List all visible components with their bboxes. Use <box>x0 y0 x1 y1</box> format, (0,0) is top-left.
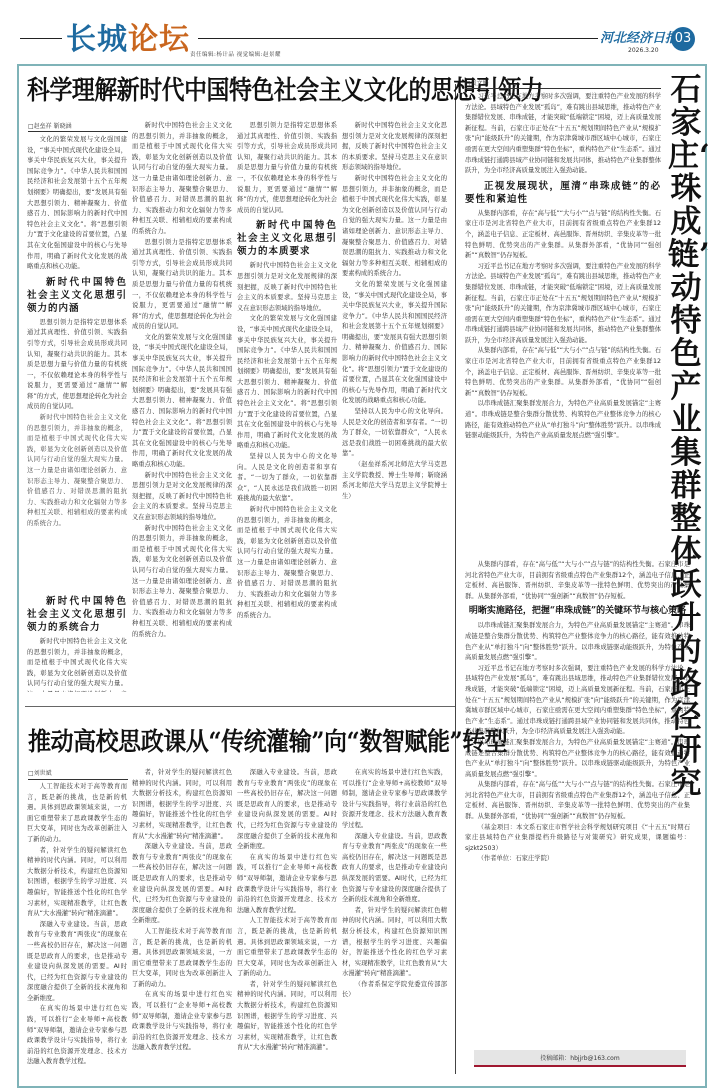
article2-col2-text-d: 在真实的场景中进行红色实践，可以推行“企业导师+高校教师”双导师制，邀请企业专家… <box>132 990 232 1054</box>
article1-col2-text: 新时代中国特色社会主义文化的思想引领力，并非抽象的概念，而是植根于中国式现代化伟… <box>132 121 232 238</box>
article3-lead: 习近平总书记在地方考察时多次强调，要注重特色产业发展的科学方法论。县域特色产业发… <box>465 92 661 177</box>
article1-col4-text-d: 坚持以人民为中心的文化导向。人民是文化的创造者和享有者。“一切为了群众，一切依靠… <box>342 407 447 460</box>
article2-column-1: 人工智能技术对于高等教育而言，既是新的挑战，也是新的机遇。具体到思政课领域来说，… <box>27 782 127 1074</box>
article3-section1-text-e: 从集群内部看，存在“高与低”“大与小”“点与链”的结构性失衡。石家庄市是河北省特… <box>465 560 690 602</box>
article3-section2-text-d: 从集群内部看，存在“高与低”“大与小”“点与链”的结构性失衡。石家庄市是河北省特… <box>465 780 690 822</box>
article2-col4-text-b: 深融入专业建设。当前，思政教育与专业教育“两张皮”的现象在一些高校仍旧存在，解决… <box>342 832 447 906</box>
article1-author-note: （赵垒祥系河北师范大学马克思主义学院教授、博士生导师；靳晓涵系河北师范大学马克思… <box>342 460 447 502</box>
article1-col4-text: 新时代中国特色社会主义文化思想引领力是对文化发展规律的深刻把握，反映了新时代中国… <box>342 121 447 174</box>
article1-column-1b: 新时代中国特色社会主义文化思想引领力的系统合力 新时代中国特色社会主义文化的思想… <box>27 592 127 692</box>
section-title-part1: 长城 <box>66 22 128 57</box>
article1-column-4: 新时代中国特色社会主义文化思想引领力是对文化发展规律的深刻把握，反映了新时代中国… <box>342 121 447 693</box>
article3-column-bottom: 从集群内部看，存在“高与低”“大与小”“点与链”的结构性失衡。石家庄市是河北省特… <box>465 560 690 1050</box>
article3-section1-text-d: 以串珠成链汇聚集群发展合力，为特色产业高质量发展锚定“主赛道”。串珠成链是整合集… <box>465 399 661 441</box>
article2-author-note: （作者系保定学院党委宣传部部长） <box>342 980 447 1001</box>
article3-section2-text-b: 习近平总书记在地方考察时多次强调，要注重特色产业发展的科学方法论。县域特色产业发… <box>465 664 690 738</box>
article1-section1-text: 思想引领力是指特定思想体系通过其真理性、价值引领、实践指引等方式，引导社会成员形… <box>27 318 127 413</box>
page-number-badge: 03 <box>671 27 695 51</box>
article1-section1-text-cont: 新时代中国特色社会主义文化的思想引领力，并非抽象的概念，而是植根于中国式现代化伟… <box>27 413 127 530</box>
masthead-rule-right <box>198 38 598 39</box>
article1-section2-text: 新时代中国特色社会主义文化思想引领力是对文化发展规律的深刻把握，反映了新时代中国… <box>237 261 337 314</box>
article1-lead: 文化的繁荣发展与文化强国建设，“事关中国式现代化建设全局，事关中华民族复兴大业，… <box>27 135 127 273</box>
editors-credit: 责任编辑:杨计品 视觉编辑:赵景耀 <box>190 50 281 58</box>
article1-col4-text-b: 新时代中国特色社会主义文化的思想引领力，并非抽象的概念，而是植根于中国式现代化伟… <box>342 174 447 280</box>
article1-section3-text: 新时代中国特色社会主义文化的思想引领力，并非抽象的概念，而是植根于中国式现代化伟… <box>27 637 127 692</box>
article3-section2-text: 以串珠成链汇聚集群发展合力，为特色产业高质量发展锚定“主赛道”。串珠成链是整合集… <box>465 621 690 663</box>
article2-byline: □刘世斌 <box>28 768 52 777</box>
article1-section1-title: 新时代中国特色社会主义文化思想引领力的内涵 <box>27 276 127 315</box>
article2-column-3: 深融入专业建设。当前，思政教育与专业教育“两张皮”的现象在一些高校仍旧存在，解决… <box>237 768 337 1074</box>
submission-email: 投稿邮箱：hbjjrb@163.com <box>474 1050 686 1067</box>
article2-col3-text: 深融入专业建设。当前，思政教育与专业教育“两张皮”的现象在一些高校仍旧存在，解决… <box>237 768 337 853</box>
article2-headline: 推动高校思政课从“传统灌输”向“数智赋能”转型 <box>28 722 507 758</box>
article1-section3-title: 新时代中国特色社会主义文化思想引领力的系统合力 <box>27 595 127 634</box>
column-divider <box>455 84 456 1074</box>
article3-fund-note: （基金项目：本文系石家庄市哲学社会科学规划研究项目《“十五五”时期石家庄县域特色… <box>465 823 690 855</box>
section-title-part2: 论坛 <box>128 22 190 57</box>
article1-byline: □赵垒祥 靳晓涵 <box>28 121 72 130</box>
article2-col3-text-c: 人工智能技术对于高等教育而言，既是新的挑战，也是新的机遇。具体到思政课领域来说，… <box>237 916 337 980</box>
masthead-rule-left <box>20 38 62 39</box>
section-title: 长城论坛 <box>66 22 190 58</box>
newspaper-logo: 河北经济日报 <box>600 27 678 46</box>
article1-col2-text-d: 新时代中国特色社会主义文化思想引领力是对文化发展规律的深刻把握，反映了新时代中国… <box>132 471 232 524</box>
article2-col4-text-c: 者，针对学生的疑问解读红色精神的时代内涵。同时，可以利用大数据分析技术，构建红色… <box>342 906 447 980</box>
article3-section2-title: 明晰实施路径，把握“串珠成链”的关键环节与核心策略 <box>465 605 690 618</box>
article2-col1-text-b: 者，针对学生的疑问解读红色精神的时代内涵。同时，可以利用大数据分析技术，构建红色… <box>27 846 127 920</box>
article1-col3-text-b: 文化的繁荣发展与文化强国建设，“事关中国式现代化建设全局，事关中华民族复兴大业，… <box>237 314 337 452</box>
article3-section2-text-c: 以串珠成链汇聚集群发展合力，为特色产业高质量发展锚定“主赛道”。串珠成链是整合集… <box>465 738 690 780</box>
article2-col2-text-c: 人工智能技术对于高等教育而言，既是新的挑战，也是新的机遇。具体到思政课领域来说，… <box>132 927 232 991</box>
article1-section2-title: 新时代中国特色社会主义文化思想引领力的本质要求 <box>237 219 337 258</box>
article3-section1-title: 正视发展现状，厘清“串珠成链”的必要性和紧迫性 <box>465 180 661 206</box>
article1-col3-text-c: 新时代中国特色社会主义文化的思想引领力，并非抽象的概念，而是植根于中国式现代化伟… <box>237 505 337 622</box>
masthead: 长城论坛 责任编辑:杨计品 视觉编辑:赵景耀 河北经济日报 2026.3.20 … <box>0 0 708 62</box>
article1-column-1: 文化的繁荣发展与文化强国建设，“事关中国式现代化建设全局，事关中华民族复兴大业，… <box>27 135 127 590</box>
article2-column-4: 在真实的场景中进行红色实践，可以推行“企业导师+高校教师”双导师制，邀请企业专家… <box>342 768 447 1074</box>
article1-column-2: 新时代中国特色社会主义文化的思想引领力，并非抽象的概念，而是植根于中国式现代化伟… <box>132 121 232 693</box>
issue-date: 2026.3.20 <box>628 47 659 54</box>
article2-col2-text: 者，针对学生的疑问解读红色精神的时代内涵。同时，可以利用大数据分析技术，构建红色… <box>132 768 232 842</box>
article3-byline: □袁文娟 <box>465 78 489 87</box>
article1-col4-text-c: 文化的繁荣发展与文化强国建设，“事关中国式现代化建设全局，事关中华民族复兴大业，… <box>342 280 447 407</box>
article1-col2-text-e: 新时代中国特色社会主义文化的思想引领力，并非抽象的概念，而是植根于中国式现代化伟… <box>132 524 232 641</box>
article2-col1-text-d: 在真实的场景中进行红色实践，可以推行“企业导师+高校教师”双导师制，邀请企业专家… <box>27 1004 127 1068</box>
byline-rule <box>28 779 128 780</box>
article1-col2-text-c: 文化的繁荣发展与文化强国建设，“事关中国式现代化建设全局，事关中华民族复兴大业，… <box>132 333 232 471</box>
article3-section1-text-c: 从集群内部看，存在“高与低”“大与小”“点与链”的结构性失衡。石家庄市是河北省特… <box>465 346 661 399</box>
article1-conclusion: 坚持以人民为中心的文化导向。人民是文化的创造者和享有者。“一切为了群众，一切依靠… <box>237 452 337 505</box>
article3-section1-text-b: 习近平总书记在地方考察时多次强调，要注重特色产业发展的科学方法论。县域特色产业发… <box>465 262 661 347</box>
article2-col1-text-c: 深融入专业建设。当前，思政教育与专业教育“两张皮”的现象在一些高校仍旧存在，解决… <box>27 920 127 1005</box>
article3-section1-text: 从集群内部看，存在“高与低”“大与小”“点与链”的结构性失衡。石家庄市是河北省特… <box>465 209 661 262</box>
article2-col2-text-b: 深融入专业建设。当前，思政教育与专业教育“两张皮”的现象在一些高校仍旧存在，解决… <box>132 842 232 927</box>
article2-col3-text-b: 在真实的场景中进行红色实践，可以推行“企业导师+高校教师”双导师制，邀请企业专家… <box>237 853 337 917</box>
article3-author-note: （作者单位：石家庄学院） <box>465 854 690 865</box>
byline-rule <box>28 131 128 132</box>
article-divider <box>25 706 455 707</box>
article3-column-top: 习近平总书记在地方考察时多次强调，要注重特色产业发展的科学方法论。县域特色产业发… <box>465 92 661 562</box>
article2-column-2: 者，针对学生的疑问解读红色精神的时代内涵。同时，可以利用大数据分析技术，构建红色… <box>132 768 232 1074</box>
byline-rule <box>465 88 661 89</box>
article2-lead: 人工智能技术对于高等教育而言，既是新的挑战，也是新的机遇。具体到思政课领域来说，… <box>27 782 127 846</box>
article2-col4-text: 在真实的场景中进行红色实践，可以推行“企业导师+高校教师”双导师制，邀请企业专家… <box>342 768 447 832</box>
article2-col3-text-d: 者，针对学生的疑问解读红色精神的时代内涵。同时，可以利用大数据分析技术，构建红色… <box>237 980 337 1054</box>
article1-col3-text: 思想引领力是指特定思想体系通过其真理性、价值引领、实践指引等方式，引导社会成员形… <box>237 121 337 216</box>
article1-col2-text-b: 思想引领力是指特定思想体系通过其真理性、价值引领、实践指引等方式，引导社会成员形… <box>132 238 232 333</box>
article1-column-3: 思想引领力是指特定思想体系通过其真理性、价值引领、实践指引等方式，引导社会成员形… <box>237 121 337 693</box>
